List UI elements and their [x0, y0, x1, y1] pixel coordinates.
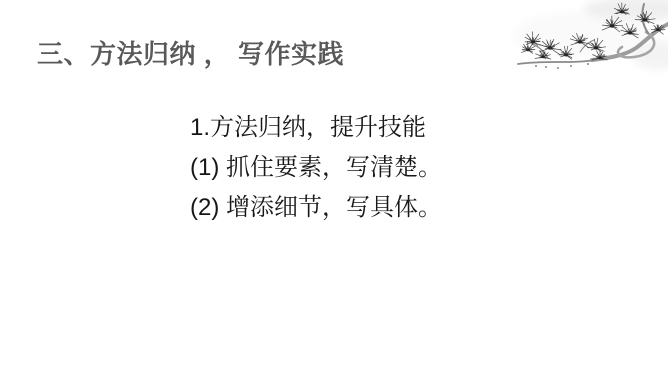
ink-wash: [513, 0, 668, 70]
body-heading: 1.方法归纳，提升技能: [190, 108, 442, 148]
body-point-2: (2) 增添细节，写具体。: [190, 188, 442, 228]
slide-body: 1.方法归纳，提升技能 (1) 抓住要素，写清楚。 (2) 增添细节，写具体。: [190, 108, 442, 228]
pine-branch-ink-painting-icon: [488, 0, 668, 95]
slide-title: 三、方法归纳 ， 写作实践: [37, 38, 344, 70]
presentation-slide: 三、方法归纳 ， 写作实践 1.方法归纳，提升技能 (1) 抓住要素，写清楚。 …: [0, 0, 668, 376]
pine-branches: [518, 4, 668, 64]
pine-needle-clusters: [521, 3, 665, 69]
body-point-1: (1) 抓住要素，写清楚。: [190, 148, 442, 188]
